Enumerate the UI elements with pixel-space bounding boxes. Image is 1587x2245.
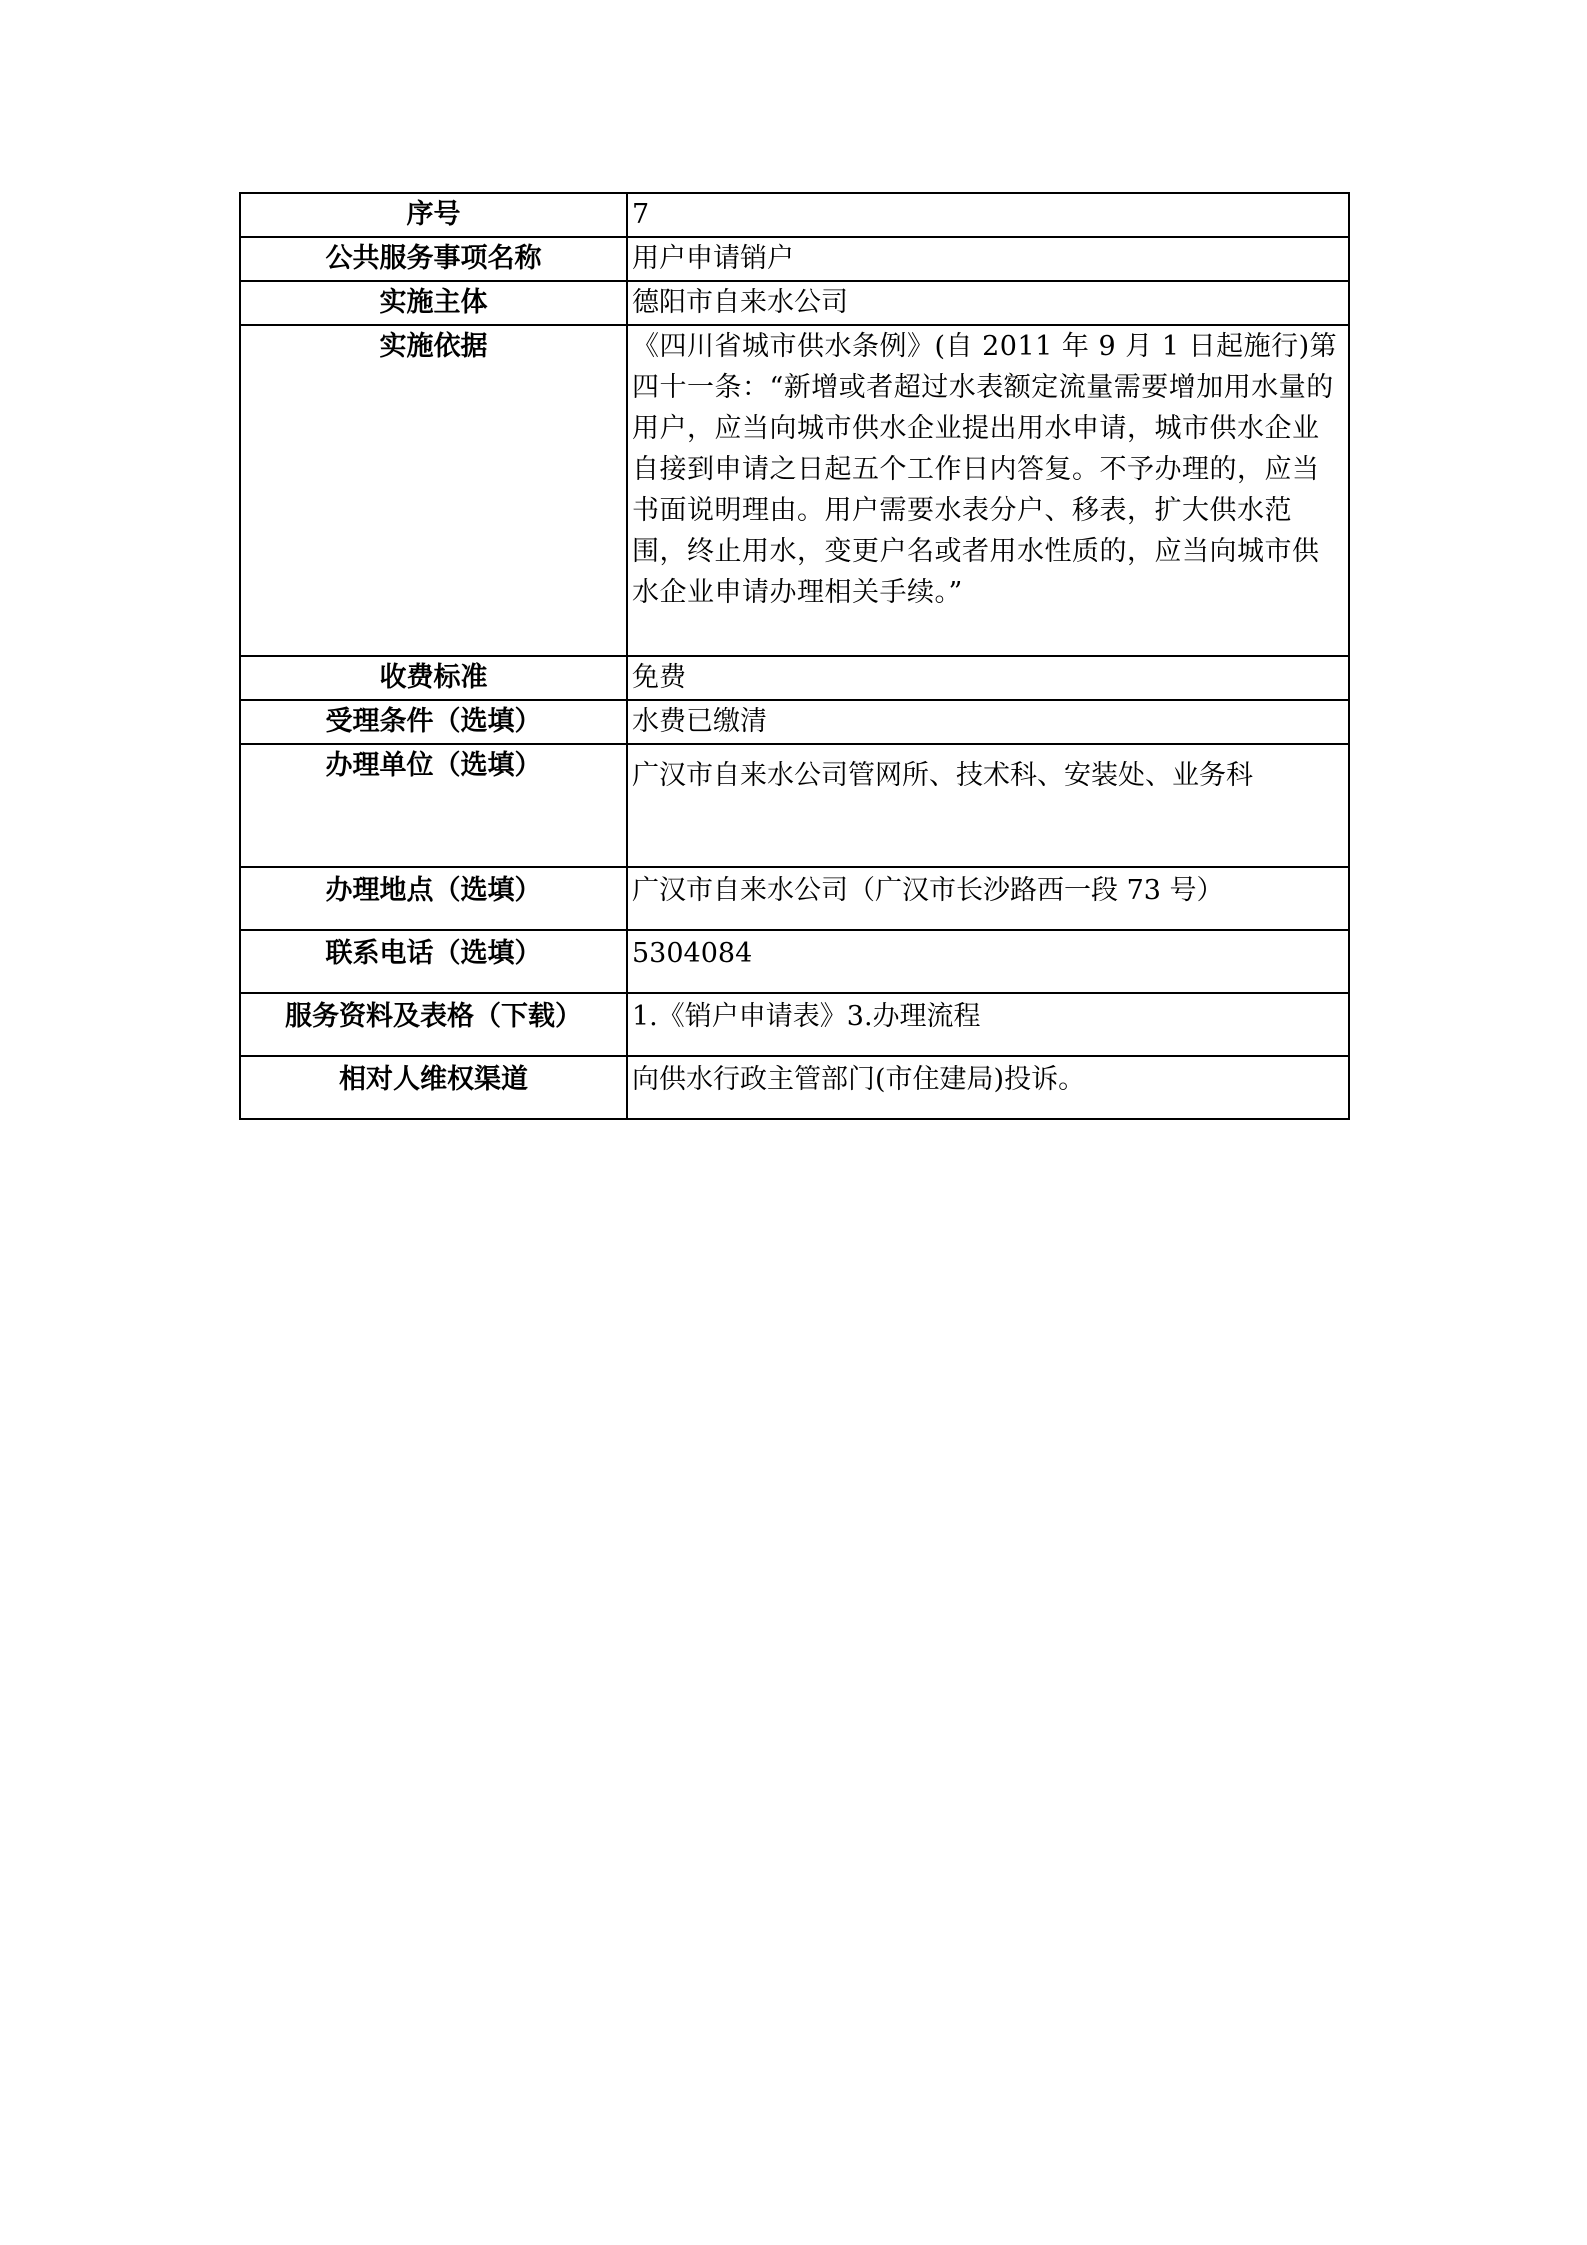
table-row-contact-phone: 联系电话（选填） 5304084 [240,930,1349,993]
table-row-serial-number: 序号 7 [240,193,1349,237]
row-value: 7 [627,193,1349,237]
row-label: 实施依据 [240,325,627,656]
row-value: 向供水行政主管部门(市住建局)投诉。 [627,1056,1349,1119]
row-label: 实施主体 [240,281,627,325]
table-row-rights-protection-channel: 相对人维权渠道 向供水行政主管部门(市住建局)投诉。 [240,1056,1349,1119]
public-service-info-table: 序号 7 公共服务事项名称 用户申请销户 实施主体 德阳市自来水公司 实施依据 … [239,192,1350,1120]
table-row-service-name: 公共服务事项名称 用户申请销户 [240,237,1349,281]
row-value: 广汉市自来水公司（广汉市长沙路西一段 73 号） [627,867,1349,930]
row-value: 《四川省城市供水条例》(自 2011 年 9 月 1 日起施行)第四十一条：“新… [627,325,1349,656]
row-label: 服务资料及表格（下载） [240,993,627,1056]
row-label: 办理单位（选填） [240,744,627,867]
row-value: 德阳市自来水公司 [627,281,1349,325]
table-row-implementing-body: 实施主体 德阳市自来水公司 [240,281,1349,325]
row-label: 办理地点（选填） [240,867,627,930]
row-value: 用户申请销户 [627,237,1349,281]
row-value: 1.《销户申请表》3.办理流程 [627,993,1349,1056]
row-label: 联系电话（选填） [240,930,627,993]
table-row-acceptance-conditions: 受理条件（选填） 水费已缴清 [240,700,1349,744]
row-label: 公共服务事项名称 [240,237,627,281]
table-row-legal-basis: 实施依据 《四川省城市供水条例》(自 2011 年 9 月 1 日起施行)第四十… [240,325,1349,656]
table-row-handling-unit: 办理单位（选填） 广汉市自来水公司管网所、技术科、安装处、业务科 [240,744,1349,867]
row-value: 水费已缴清 [627,700,1349,744]
table-row-handling-location: 办理地点（选填） 广汉市自来水公司（广汉市长沙路西一段 73 号） [240,867,1349,930]
row-label: 序号 [240,193,627,237]
row-label: 收费标准 [240,656,627,700]
row-value: 免费 [627,656,1349,700]
table-row-fee-standard: 收费标准 免费 [240,656,1349,700]
table-row-materials-download: 服务资料及表格（下载） 1.《销户申请表》3.办理流程 [240,993,1349,1056]
row-value: 5304084 [627,930,1349,993]
row-value: 广汉市自来水公司管网所、技术科、安装处、业务科 [627,744,1349,867]
row-label: 受理条件（选填） [240,700,627,744]
row-label: 相对人维权渠道 [240,1056,627,1119]
